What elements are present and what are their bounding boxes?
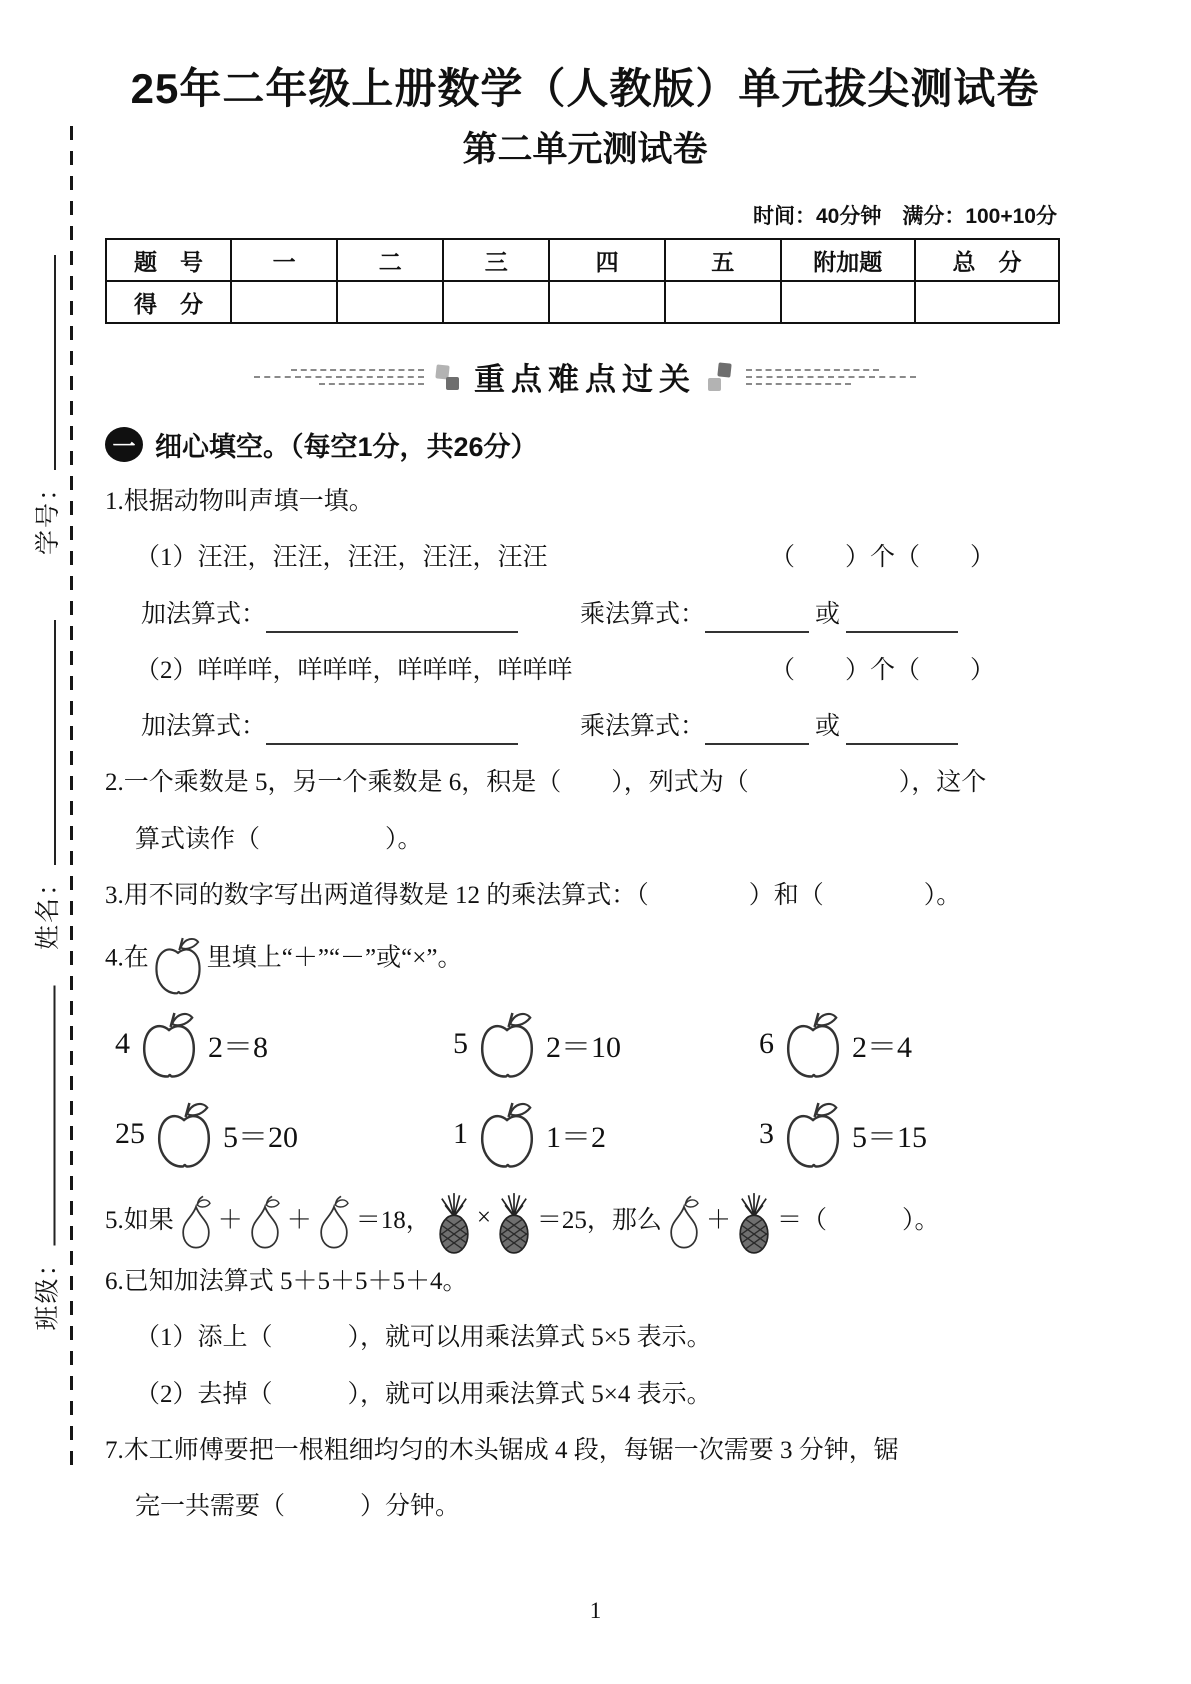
score-empty-cell (915, 281, 1059, 323)
question-7-line-1: 7.木工师傅要把一根粗细均匀的木头锯成 4 段，每锯一次需要 3 分钟，锯 (105, 1433, 1065, 1469)
apple-icon (476, 1008, 538, 1080)
student-id-blank-line (36, 255, 56, 470)
score-header-cell: 四 (549, 239, 665, 281)
banner-right-squares-icon (708, 363, 734, 391)
or-text: 或 (809, 597, 846, 633)
score-empty-cell (337, 281, 443, 323)
question-1-sub-2: （2）咩咩咩，咩咩咩，咩咩咩，咩咩咩 （ ）个（ ） (105, 653, 1065, 689)
score-row-label: 得 分 (106, 281, 231, 323)
apple-icon (153, 1098, 215, 1170)
score-empty-cell (781, 281, 915, 323)
banner-title: 重点难点过关 (474, 354, 696, 399)
addition-formula-label: 加法算式： (141, 597, 266, 633)
q1-sub1-formula-line: 加法算式： 乘法算式： 或 (105, 597, 1065, 633)
question-4-equations: 42＝8 52＝10 62＝4 255＝20 11＝2 35＝15 (105, 1008, 1065, 1170)
score-header-cell: 五 (665, 239, 781, 281)
question-7-line-2: 完一共需要（ ）分钟。 (105, 1489, 1065, 1525)
score-empty-cell (665, 281, 781, 323)
addition-formula-blank (266, 601, 518, 633)
student-name-label: 姓名： (28, 869, 64, 950)
pear-icon (244, 1194, 286, 1250)
page-number: 1 (0, 1598, 1191, 1624)
question-3: 3.用不同的数字写出两道得数是 12 的乘法算式：（ ）和（ ）。 (105, 878, 1065, 914)
multiplication-formula-label: 乘法算式： (580, 597, 705, 633)
student-id-field: 学号： (24, 255, 68, 555)
section-banner: 重点难点过关 (105, 354, 1065, 399)
class-blank-line (36, 986, 56, 1246)
exam-paper: 25年二年级上册数学（人教版）单元拔尖测试卷 第二单元测试卷 时间：40分钟 满… (105, 0, 1065, 1525)
score-header-cell: 一 (231, 239, 337, 281)
class-field: 班级： (24, 986, 68, 1331)
score-header-cell: 附加题 (781, 239, 915, 281)
apple-icon (782, 1008, 844, 1080)
score-header-cell: 总 分 (915, 239, 1059, 281)
question-5: 5.如果＋＋＝18，×＝25，那么＋＝（ ）。 (105, 1192, 1065, 1244)
apple-equation: 35＝15 (757, 1098, 1065, 1170)
q4-intro-post: 里填上“＋”“－”或“×”。 (207, 945, 463, 972)
apple-icon (138, 1008, 200, 1080)
apple-equation: 255＝20 (113, 1098, 451, 1170)
class-label: 班级： (28, 1249, 64, 1330)
score-empty-cell (549, 281, 665, 323)
score-header-cell: 二 (337, 239, 443, 281)
apple-equation: 11＝2 (451, 1098, 757, 1170)
margin-dashed-line (70, 126, 73, 1466)
pear-icon (175, 1194, 217, 1250)
multiplication-formula-blank-1 (705, 601, 809, 633)
question-2-line-1: 2.一个乘数是 5，另一个乘数是 6，积是（ ），列式为（ ），这个 (105, 765, 1065, 801)
addition-formula-blank (266, 713, 518, 745)
score-table-header-row: 题 号 一 二 三 四 五 附加题 总 分 (106, 239, 1059, 281)
apple-icon (782, 1098, 844, 1170)
q5-text: 5.如果 (105, 1200, 174, 1236)
multiplication-formula-label: 乘法算式： (580, 709, 705, 745)
score-empty-cell (443, 281, 549, 323)
section-one-heading: 一 细心填空。（每空1分，共26分） (105, 425, 1065, 464)
question-4-intro: 4.在里填上“＋”“－”或“×”。 (105, 934, 1065, 986)
paper-title: 25年二年级上册数学（人教版）单元拔尖测试卷 (105, 64, 1065, 114)
section-title: 细心填空。（每空1分，共26分） (155, 425, 538, 464)
pear-icon (663, 1194, 705, 1250)
section-number-badge: 一 (105, 427, 143, 462)
q1-sub2-text: （2）咩咩咩，咩咩咩，咩咩咩，咩咩咩 (135, 653, 573, 689)
multiplication-formula-blank-2 (846, 713, 958, 745)
apple-icon (151, 934, 205, 996)
score-header-cell: 三 (443, 239, 549, 281)
apple-equation: 62＝4 (757, 1008, 1065, 1080)
score-table-score-row: 得 分 (106, 281, 1059, 323)
multiplication-formula-blank-2 (846, 601, 958, 633)
apple-equation: 52＝10 (451, 1008, 757, 1080)
student-name-blank-line (36, 620, 56, 865)
time-score-info: 时间：40分钟 满分：100+10分 (105, 200, 1057, 230)
pear-icon (313, 1194, 355, 1250)
question-6: 6.已知加法算式 5＋5＋5＋5＋4。 (105, 1264, 1065, 1300)
multiplication-formula-blank-1 (705, 713, 809, 745)
score-header-cell: 题 号 (106, 239, 231, 281)
question-1-sub-1: （1）汪汪，汪汪，汪汪，汪汪，汪汪 （ ）个（ ） (105, 540, 1065, 576)
apple-equation: 42＝8 (113, 1008, 451, 1080)
pineapple-icon (492, 1192, 536, 1254)
question-1: 1.根据动物叫声填一填。 (105, 484, 1065, 520)
q1-sub1-text: （1）汪汪，汪汪，汪汪，汪汪，汪汪 (135, 540, 548, 576)
q1-sub2-formula-line: 加法算式： 乘法算式： 或 (105, 709, 1065, 745)
apple-icon (476, 1098, 538, 1170)
banner-right-lines (746, 369, 916, 385)
pineapple-icon (732, 1192, 776, 1254)
banner-left-lines (254, 369, 424, 385)
addition-formula-label: 加法算式： (141, 709, 266, 745)
q4-intro-pre: 4.在 (105, 945, 149, 972)
unit-subtitle: 第二单元测试卷 (105, 128, 1065, 172)
question-2-line-2: 算式读作（ ）。 (105, 822, 1065, 858)
score-empty-cell (231, 281, 337, 323)
question-6-sub-1: （1）添上（ ），就可以用乘法算式 5×5 表示。 (105, 1320, 1065, 1356)
question-6-sub-2: （2）去掉（ ），就可以用乘法算式 5×4 表示。 (105, 1377, 1065, 1413)
banner-left-squares-icon (436, 363, 462, 391)
student-name-field: 姓名： (24, 620, 68, 950)
q1-sub2-answer-blanks: （ ）个（ ） (770, 653, 995, 689)
student-id-label: 学号： (28, 474, 64, 555)
or-text: 或 (809, 709, 846, 745)
pineapple-icon (432, 1192, 476, 1254)
q1-sub1-answer-blanks: （ ）个（ ） (770, 540, 995, 576)
score-table: 题 号 一 二 三 四 五 附加题 总 分 得 分 (105, 238, 1060, 324)
